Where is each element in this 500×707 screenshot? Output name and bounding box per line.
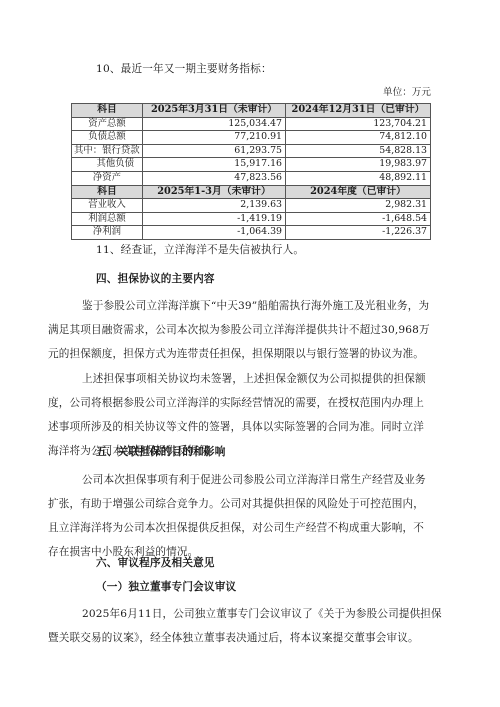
section5-paragraph1: 公司本次担保事项有利于促进公司参股公司立洋海洋日常生产经营及业务 扩张，有助于增… xyxy=(48,468,454,564)
row-label: 营业收入 xyxy=(72,199,143,213)
value-cell: -1,648.54 xyxy=(286,212,431,226)
row-label: 其中：银行贷款 xyxy=(72,144,143,158)
value-cell: -1,064.39 xyxy=(143,226,286,240)
header-cell: 2024年12月31日（已审计） xyxy=(286,104,431,118)
section6-title: 六、审议程序及相关意见 xyxy=(96,556,215,570)
value-cell: 2,139.63 xyxy=(143,199,286,213)
table-row: 其他负债 15,917.16 19,983.97 xyxy=(72,158,431,172)
document-page: 10、最近一年又一期主要财务指标： 单位：万元 科目 2025年3月31日（未审… xyxy=(0,0,500,707)
text-line: 且立洋海洋将为公司本次担保提供反担保，对公司生产经营不构成重大影响，不 xyxy=(48,516,454,540)
value-cell: 54,828.13 xyxy=(286,144,431,158)
value-cell: -1,226.37 xyxy=(286,226,431,240)
text-line: 暨关联交易的议案》，经全体独立董事表决通过后，将本议案提交董事会审议。 xyxy=(48,626,454,650)
section6-sub1-title: （一）独立董事专门会议审议 xyxy=(96,580,236,594)
text-line: 鉴于参股公司立洋海洋旗下“中天39”船舶需执行海外施工及光租业务，为 xyxy=(48,294,454,318)
financial-indicators-table: 科目 2025年3月31日（未审计） 2024年12月31日（已审计） 资产总额… xyxy=(71,103,431,240)
table-row: 其中：银行贷款 61,293.75 54,828.13 xyxy=(72,144,431,158)
row-label: 净资产 xyxy=(72,171,143,185)
text-line: 元的担保额度，担保方式为连带责任担保，担保期限以与银行签署的协议为准。 xyxy=(48,342,454,366)
row-label: 负债总额 xyxy=(72,131,143,145)
value-cell: 61,293.75 xyxy=(143,144,286,158)
value-cell: 77,210.91 xyxy=(143,131,286,145)
unit-label: 单位：万元 xyxy=(383,84,431,98)
value-cell: 74,812.10 xyxy=(286,131,431,145)
value-cell: 15,917.16 xyxy=(143,158,286,172)
value-cell: 2,982.31 xyxy=(286,199,431,213)
table-row: 负债总额 77,210.91 74,812.10 xyxy=(72,131,431,145)
row-label: 净利润 xyxy=(72,226,143,240)
table-row: 营业收入 2,139.63 2,982.31 xyxy=(72,199,431,213)
value-cell: 48,892.11 xyxy=(286,171,431,185)
text-line: 扩张，有助于增强公司综合竞争力。公司对其提供担保的风险处于可控范围内， xyxy=(48,492,454,516)
text-line: 公司本次担保事项有利于促进公司参股公司立洋海洋日常生产经营及业务 xyxy=(48,468,454,492)
header-cell: 2025年1-3月（未审计） xyxy=(143,185,286,199)
section4-paragraph1: 鉴于参股公司立洋海洋旗下“中天39”船舶需执行海外施工及光租业务，为 满足其项目… xyxy=(48,294,454,366)
value-cell: 123,704.21 xyxy=(286,117,431,131)
header-cell: 2024年度（已审计） xyxy=(286,185,431,199)
value-cell: -1,419.19 xyxy=(143,212,286,226)
text-line: 满足其项目融资需求，公司本次拟为参股公司立洋海洋提供共计不超过30,968万 xyxy=(48,318,454,342)
text-line: 述事项所涉及的相关协议等文件的签署，具体以实际签署的合同为准。同时立洋 xyxy=(48,415,454,439)
row-label: 其他负债 xyxy=(72,158,143,172)
section4-title: 四、担保协议的主要内容 xyxy=(96,272,215,286)
item11-text: 11、经查证，立洋海洋不是失信被执行人。 xyxy=(96,243,304,257)
table-row: 资产总额 125,034.47 123,704.21 xyxy=(72,117,431,131)
text-line: 上述担保事项相关协议均未签署，上述担保金额仅为公司拟提供的担保额 xyxy=(48,367,454,391)
row-label: 利润总额 xyxy=(72,212,143,226)
value-cell: 47,823.56 xyxy=(143,171,286,185)
value-cell: 125,034.47 xyxy=(143,117,286,131)
text-line: 度，公司将根据参股公司立洋海洋的实际经营情况的需要，在授权范围内办理上 xyxy=(48,391,454,415)
header-cell: 2025年3月31日（未审计） xyxy=(143,104,286,118)
value-cell: 19,983.97 xyxy=(286,158,431,172)
table-row: 利润总额 -1,419.19 -1,648.54 xyxy=(72,212,431,226)
header-cell: 科目 xyxy=(72,185,143,199)
table-row: 净资产 47,823.56 48,892.11 xyxy=(72,171,431,185)
row-label: 资产总额 xyxy=(72,117,143,131)
header-cell: 科目 xyxy=(72,104,143,118)
table-row: 净利润 -1,064.39 -1,226.37 xyxy=(72,226,431,240)
table-header-row: 科目 2025年1-3月（未审计） 2024年度（已审计） xyxy=(72,185,431,199)
item10-title: 10、最近一年又一期主要财务指标： xyxy=(96,62,272,76)
table-header-row: 科目 2025年3月31日（未审计） 2024年12月31日（已审计） xyxy=(72,104,431,118)
section5-title: 五、关联担保的目的和影响 xyxy=(96,445,226,459)
text-line: 2025年6月11日，公司独立董事专门会议审议了《关于为参股公司提供担保 xyxy=(48,602,454,626)
section6-paragraph1: 2025年6月11日，公司独立董事专门会议审议了《关于为参股公司提供担保 暨关联… xyxy=(48,602,454,650)
